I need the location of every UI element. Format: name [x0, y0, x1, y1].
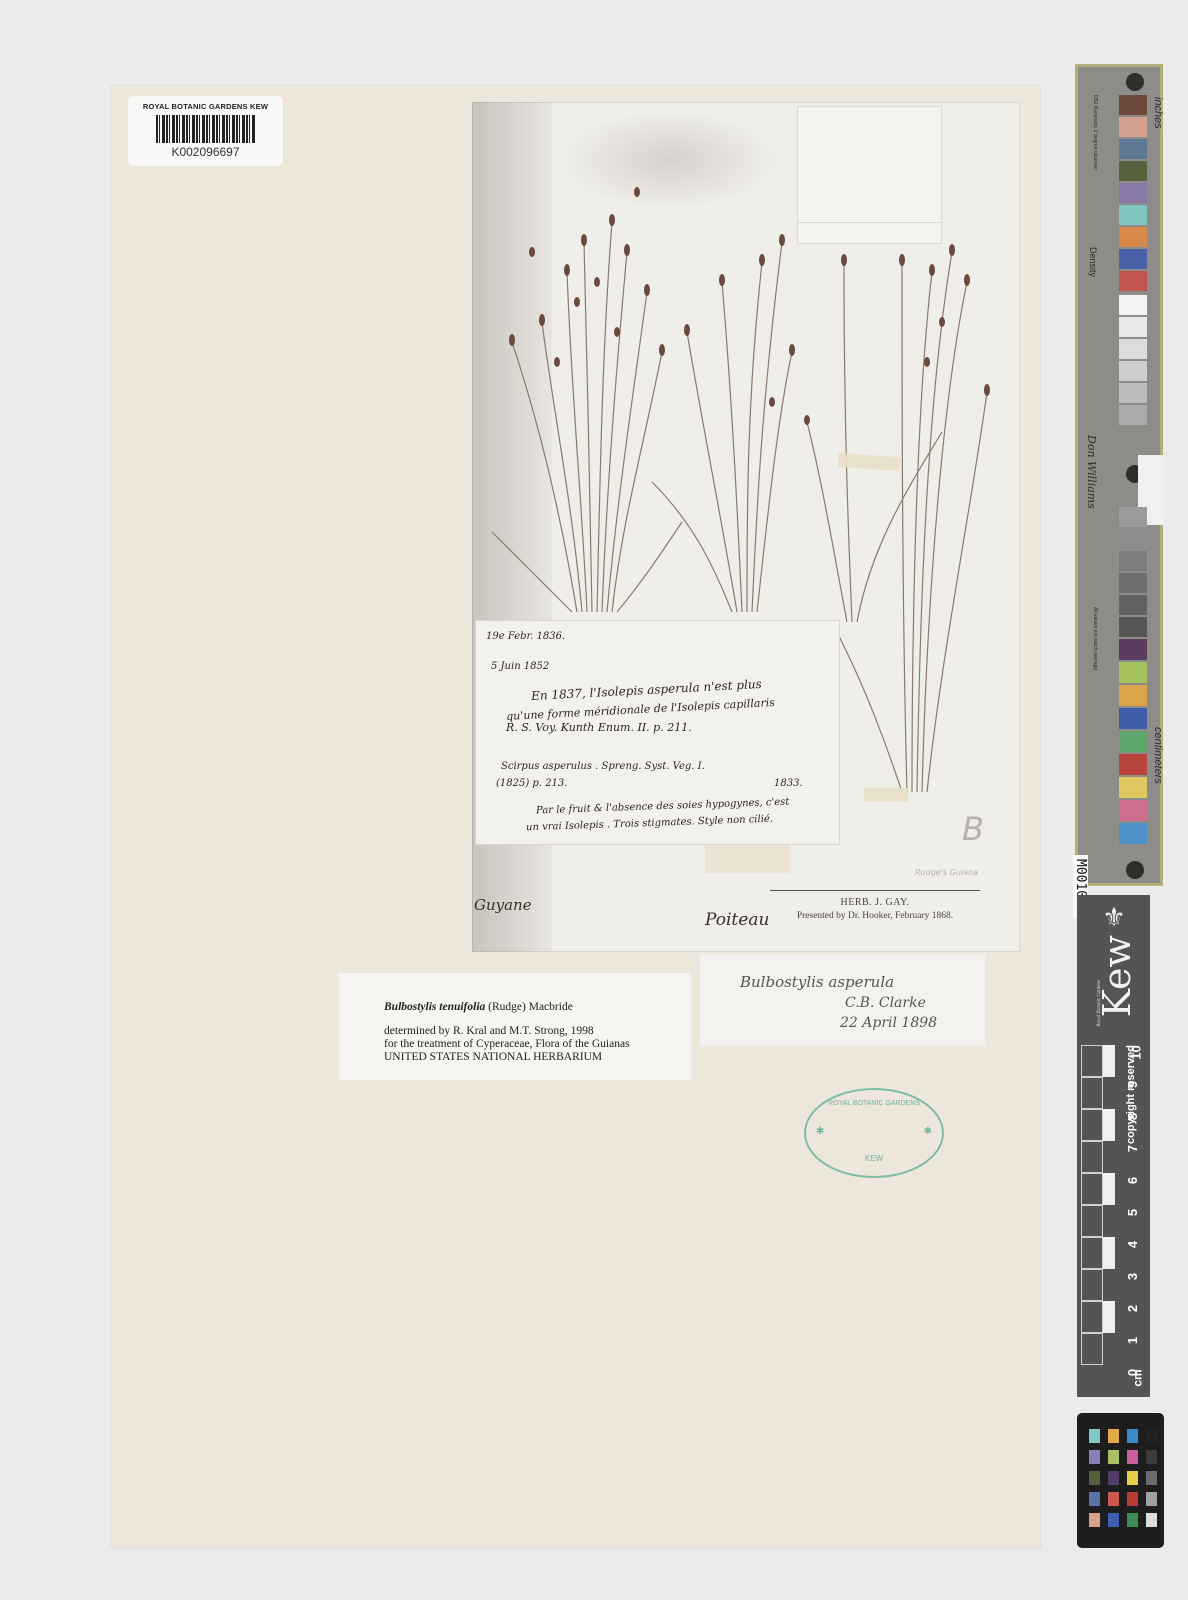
kew-scale-ruler: ⚜ Kew Royal Botanic Gardens copyright re…: [1077, 895, 1150, 1397]
color-swatch: [1119, 551, 1147, 571]
stamp-text-top: ROYAL BOTANIC GARDENS: [806, 1100, 942, 1107]
kew-stamp: ROYAL BOTANIC GARDENS ✱ ✱ KEW: [804, 1088, 944, 1178]
taxon-binomial: Bulbostylis tenuifolia: [384, 1001, 485, 1013]
royal-crest-icon: ⚜: [1099, 903, 1129, 939]
color-swatch: [1119, 405, 1147, 425]
color-swatch: [1119, 777, 1147, 798]
ruler-tick-label: 9: [1125, 1081, 1140, 1088]
color-swatch: [1119, 639, 1147, 660]
color-swatch: [1119, 685, 1147, 706]
hole-icon: [1126, 861, 1144, 879]
det-line-3: UNITED STATES NATIONAL HERBARIUM: [384, 1051, 691, 1064]
clarke-name: C.B. Clarke: [845, 995, 926, 1011]
det-line-2: for the treatment of Cyperaceae, Flora o…: [384, 1038, 691, 1051]
centimeters-label: centimeters: [1152, 727, 1164, 784]
barcode-icon: [156, 115, 256, 143]
ruler-segment-alt: [1103, 1301, 1115, 1333]
ruler-tick-label: 10: [1129, 1045, 1144, 1059]
checker-cell: [1146, 1450, 1157, 1464]
checker-cell: [1108, 1513, 1119, 1527]
taxon-author: (Rudge) Macbride: [485, 1001, 573, 1013]
ruler-segment: [1081, 1077, 1103, 1109]
color-checker: [1077, 1413, 1164, 1548]
checker-cell: [1089, 1492, 1100, 1506]
herbarium-label: HERB. J. GAY. Presented by Dr. Hooker, F…: [770, 890, 980, 945]
ruler-tick-label: 2: [1125, 1305, 1140, 1312]
paper-patch: [705, 845, 790, 873]
color-swatch: [1119, 361, 1147, 381]
color-swatch: [1119, 617, 1147, 637]
checker-cell: [1108, 1450, 1119, 1464]
determination-label: Bulbostylis tenuifolia (Rudge) Macbride …: [339, 973, 691, 1080]
ruler-tick-label: 7: [1125, 1145, 1140, 1152]
pencil-letter: B: [962, 810, 984, 848]
density-label: Density: [1088, 247, 1098, 277]
color-swatch: [1119, 573, 1147, 593]
clarke-date: 22 April 1898: [840, 1015, 937, 1031]
ruler-tick-label: 3: [1125, 1273, 1140, 1280]
note-date-1: 19e Febr. 1836.: [486, 631, 565, 642]
color-swatch: [1119, 249, 1147, 269]
color-calibration-chart: inches centimeters D50 Illuminant, 2 deg…: [1075, 64, 1163, 886]
ruler-segment: [1081, 1301, 1103, 1333]
checker-cell: [1108, 1492, 1119, 1506]
taxon-name: Bulbostylis tenuifolia (Rudge) Macbride: [384, 1001, 691, 1014]
checker-cell: [1146, 1492, 1157, 1506]
clarke-label: Bulbostylis asperula C.B. Clarke 22 Apri…: [700, 955, 985, 1045]
herbarium-subtitle: Presented by Dr. Hooker, February 1868.: [770, 911, 980, 921]
ruler-tick-label: 6: [1125, 1177, 1140, 1184]
color-swatch: [1119, 339, 1147, 359]
ruler-tick-label: 8: [1125, 1113, 1140, 1120]
checker-cell: [1127, 1471, 1138, 1485]
signature-collector: Poiteau: [705, 910, 769, 930]
checker-cell: [1089, 1429, 1100, 1443]
brand-label: Don Williams: [1085, 435, 1098, 509]
stamp-text-bottom: KEW: [806, 1154, 942, 1163]
ruler-segment-alt: [1103, 1237, 1115, 1269]
pencil-note: Rudge's Guiana: [915, 868, 978, 877]
star-icon: ✱: [924, 1126, 932, 1137]
checker-cell: [1127, 1450, 1138, 1464]
institution-name: ROYAL BOTANIC GARDENS KEW: [128, 102, 283, 111]
checker-cell: [1108, 1471, 1119, 1485]
color-swatch: [1119, 161, 1147, 181]
color-swatch: [1119, 662, 1147, 683]
ruler-tick-label: 1: [1125, 1337, 1140, 1344]
checker-cell: [1146, 1513, 1157, 1527]
ruler-segment: [1081, 1237, 1103, 1269]
signature-locality: Guyane: [474, 896, 532, 914]
ruler-tick-label: 4: [1125, 1241, 1140, 1248]
note-line-10: un vrai Isolepis . Trois stigmates. Styl…: [526, 814, 773, 834]
checker-cell: [1146, 1429, 1157, 1443]
checker-cell: [1108, 1429, 1119, 1443]
barcode-label: ROYAL BOTANIC GARDENS KEW K002096697: [128, 96, 283, 166]
checker-cell: [1089, 1513, 1100, 1527]
color-swatch: [1119, 754, 1147, 775]
checker-cell: [1089, 1450, 1100, 1464]
note-label: All values are batch average: [1092, 607, 1098, 670]
checker-cell: [1127, 1513, 1138, 1527]
note-date-2: 5 Juin 1852: [491, 661, 549, 672]
kew-logo-subtitle: Royal Botanic Gardens: [1097, 980, 1102, 1027]
barcode-number: K002096697: [128, 145, 283, 159]
color-swatch: [1119, 731, 1147, 752]
star-icon: ✱: [816, 1126, 824, 1137]
clarke-taxon: Bulbostylis asperula: [740, 973, 894, 991]
ruler-segment-alt: [1103, 1109, 1115, 1141]
color-swatch: [1119, 139, 1147, 159]
color-swatch: [1119, 595, 1147, 615]
ruler-segment: [1081, 1269, 1103, 1301]
checker-cell: [1146, 1471, 1157, 1485]
color-swatch: [1119, 708, 1147, 729]
ruler-segment: [1081, 1333, 1103, 1365]
color-swatch: [1119, 183, 1147, 203]
note-line-8: 1833.: [774, 778, 803, 789]
color-swatch: [1119, 295, 1147, 315]
ruler-segment: [1081, 1173, 1103, 1205]
ruler-tick-label: 5: [1125, 1209, 1140, 1216]
color-swatch: [1119, 529, 1147, 549]
inches-label: inches: [1152, 97, 1164, 129]
ruler-segment: [1081, 1141, 1103, 1173]
handwritten-notes: 19e Febr. 1836. 5 Juin 1852 En 1837, l'I…: [475, 620, 840, 845]
det-line-1: determined by R. Kral and M.T. Strong, 1…: [384, 1025, 691, 1038]
color-swatch: [1119, 823, 1147, 844]
checker-cell: [1127, 1429, 1138, 1443]
color-swatch: [1119, 317, 1147, 337]
checker-cell: [1127, 1492, 1138, 1506]
checker-cell: [1089, 1471, 1100, 1485]
ruler-tick-label: 0: [1125, 1369, 1140, 1376]
mounting-tape: [864, 788, 908, 802]
note-line-5: R. S. Voy. Kunth Enum. II. p. 211.: [506, 721, 692, 734]
ruler-segment: [1081, 1109, 1103, 1141]
color-swatch: [1119, 271, 1147, 291]
note-line-6: Scirpus asperulus . Spreng. Syst. Veg. I…: [501, 761, 705, 772]
copyright-label: copyright reserved: [1125, 1045, 1137, 1144]
color-swatch: [1119, 383, 1147, 403]
color-swatch: [1119, 205, 1147, 225]
ruler-segment: [1081, 1045, 1103, 1077]
color-swatch: [1119, 507, 1147, 527]
hole-icon: [1126, 73, 1144, 91]
illuminant-label: D50 Illuminant, 2 degree observer: [1092, 95, 1098, 170]
color-swatch: [1119, 95, 1147, 115]
color-swatch: [1119, 117, 1147, 137]
color-swatch: [1119, 227, 1147, 247]
ruler-segment-alt: [1103, 1045, 1115, 1077]
cm-ruler: [1081, 1045, 1117, 1385]
herbarium-title: HERB. J. GAY.: [770, 897, 980, 908]
color-swatch: [1119, 800, 1147, 821]
ruler-segment: [1081, 1205, 1103, 1237]
note-line-7: (1825) p. 213.: [496, 778, 567, 789]
ruler-segment-alt: [1103, 1173, 1115, 1205]
